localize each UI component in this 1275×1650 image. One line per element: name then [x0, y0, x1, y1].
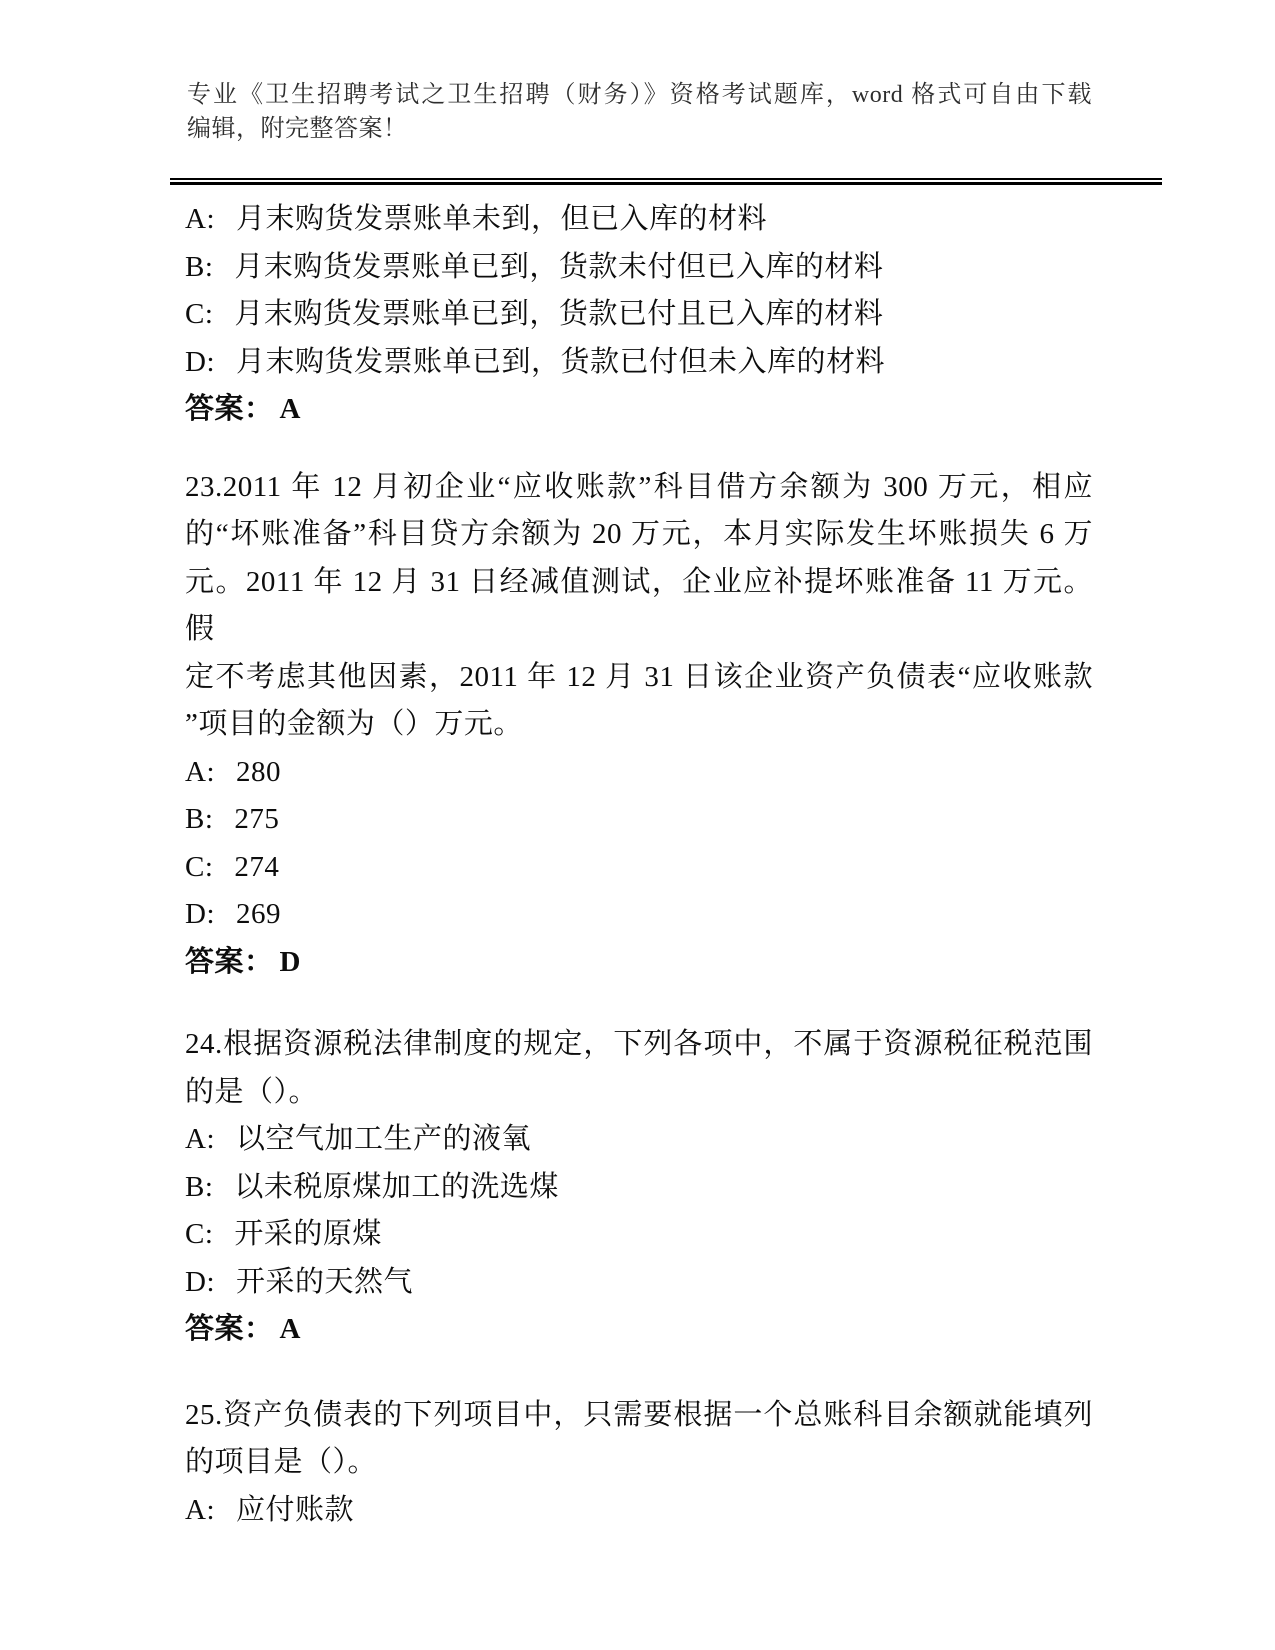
- option-row-a: A:月末购货发票账单未到，但已入库的材料: [185, 196, 1093, 244]
- option-label: D:: [185, 339, 215, 387]
- question-stem-line: 的是（）。: [185, 1069, 1093, 1117]
- option-row-c: C:月末购货发票账单已到，货款已付且已入库的材料: [185, 291, 1093, 339]
- option-text: 274: [234, 844, 279, 892]
- answer-value: A: [280, 1313, 301, 1345]
- question-block-24: 24.根据资源税法律制度的规定，下列各项中，不属于资源税征税范围 的是（）。 A…: [185, 1021, 1093, 1354]
- question-stem-line: ”项目的金额为（）万元。: [185, 701, 1093, 749]
- question-stem-line: 定不考虑其他因素，2011 年 12 月 31 日该企业资产负债表“应收账款: [185, 654, 1093, 702]
- option-row-b: B:275: [185, 796, 1093, 844]
- option-text: 280: [236, 749, 281, 797]
- option-row-d: D:月末购货发票账单已到，货款已付但未入库的材料: [185, 339, 1093, 387]
- answer-line: 答案：D: [185, 939, 1093, 987]
- option-label: D:: [185, 1259, 215, 1307]
- option-text: 月末购货发票账单已到，货款已付但未入库的材料: [236, 339, 885, 387]
- option-row-c: C:274: [185, 844, 1093, 892]
- option-text: 月末购货发票账单已到，货款已付且已入库的材料: [234, 291, 883, 339]
- answer-label: 答案：: [185, 1313, 274, 1345]
- option-label: C:: [185, 844, 213, 892]
- option-text: 月末购货发票账单已到，货款未付但已入库的材料: [234, 244, 883, 292]
- answer-label: 答案：: [185, 946, 274, 978]
- option-row-a: A:以空气加工生产的液氧: [185, 1116, 1093, 1164]
- option-label: B:: [185, 244, 213, 292]
- header-line: 专业《卫生招聘考试之卫生招聘（财务）》资格考试题库，word 格式可自由下载: [187, 78, 1092, 112]
- option-label: C:: [185, 291, 213, 339]
- question-block-25: 25.资产负债表的下列项目中，只需要根据一个总账科目余额就能填列 的项目是（）。…: [185, 1392, 1093, 1535]
- answer-value: A: [280, 393, 301, 425]
- option-label: D:: [185, 891, 215, 939]
- question-stem-line: 的“坏账准备”科目贷方余额为 20 万元，本月实际发生坏账损失 6 万: [185, 511, 1093, 559]
- header-line: 编辑，附完整答案！: [187, 112, 1092, 146]
- option-text: 开采的原煤: [234, 1211, 382, 1259]
- question-stem-line: 元。2011 年 12 月 31 日经减值测试，企业应补提坏账准备 11 万元。…: [185, 559, 1093, 654]
- option-label: A:: [185, 749, 215, 797]
- option-row-b: B:月末购货发票账单已到，货款未付但已入库的材料: [185, 244, 1093, 292]
- question-content: A:月末购货发票账单未到，但已入库的材料 B:月末购货发票账单已到，货款未付但已…: [185, 196, 1093, 1534]
- question-block-22: A:月末购货发票账单未到，但已入库的材料 B:月末购货发票账单已到，货款未付但已…: [185, 196, 1093, 434]
- option-row-d: D:开采的天然气: [185, 1259, 1093, 1307]
- option-text: 269: [236, 891, 281, 939]
- document-page: 专业《卫生招聘考试之卫生招聘（财务）》资格考试题库，word 格式可自由下载 编…: [0, 0, 1275, 1650]
- question-stem-line: 的项目是（）。: [185, 1439, 1093, 1487]
- option-text: 以空气加工生产的液氧: [236, 1116, 531, 1164]
- option-label: C:: [185, 1211, 213, 1259]
- option-label: A:: [185, 1116, 215, 1164]
- option-row-c: C:开采的原煤: [185, 1211, 1093, 1259]
- option-text: 应付账款: [236, 1487, 354, 1535]
- option-row-a: A:应付账款: [185, 1487, 1093, 1535]
- option-text: 开采的天然气: [236, 1259, 413, 1307]
- option-label: A:: [185, 196, 215, 244]
- question-stem-line: 23.2011 年 12 月初企业“应收账款”科目借方余额为 300 万元，相应: [185, 464, 1093, 512]
- page-header: 专业《卫生招聘考试之卫生招聘（财务）》资格考试题库，word 格式可自由下载 编…: [187, 78, 1092, 146]
- option-text: 275: [234, 796, 279, 844]
- header-divider-double-rule: [170, 178, 1162, 185]
- option-label: A:: [185, 1487, 215, 1535]
- question-stem-line: 25.资产负债表的下列项目中，只需要根据一个总账科目余额就能填列: [185, 1392, 1093, 1440]
- question-stem-line: 24.根据资源税法律制度的规定，下列各项中，不属于资源税征税范围: [185, 1021, 1093, 1069]
- answer-label: 答案：: [185, 393, 274, 425]
- answer-value: D: [280, 946, 301, 978]
- answer-line: 答案：A: [185, 386, 1093, 434]
- option-label: B:: [185, 796, 213, 844]
- option-text: 以未税原煤加工的洗选煤: [234, 1164, 559, 1212]
- answer-line: 答案：A: [185, 1306, 1093, 1354]
- option-row-b: B:以未税原煤加工的洗选煤: [185, 1164, 1093, 1212]
- option-row-d: D:269: [185, 891, 1093, 939]
- question-block-23: 23.2011 年 12 月初企业“应收账款”科目借方余额为 300 万元，相应…: [185, 464, 1093, 987]
- option-row-a: A:280: [185, 749, 1093, 797]
- option-text: 月末购货发票账单未到，但已入库的材料: [236, 196, 767, 244]
- option-label: B:: [185, 1164, 213, 1212]
